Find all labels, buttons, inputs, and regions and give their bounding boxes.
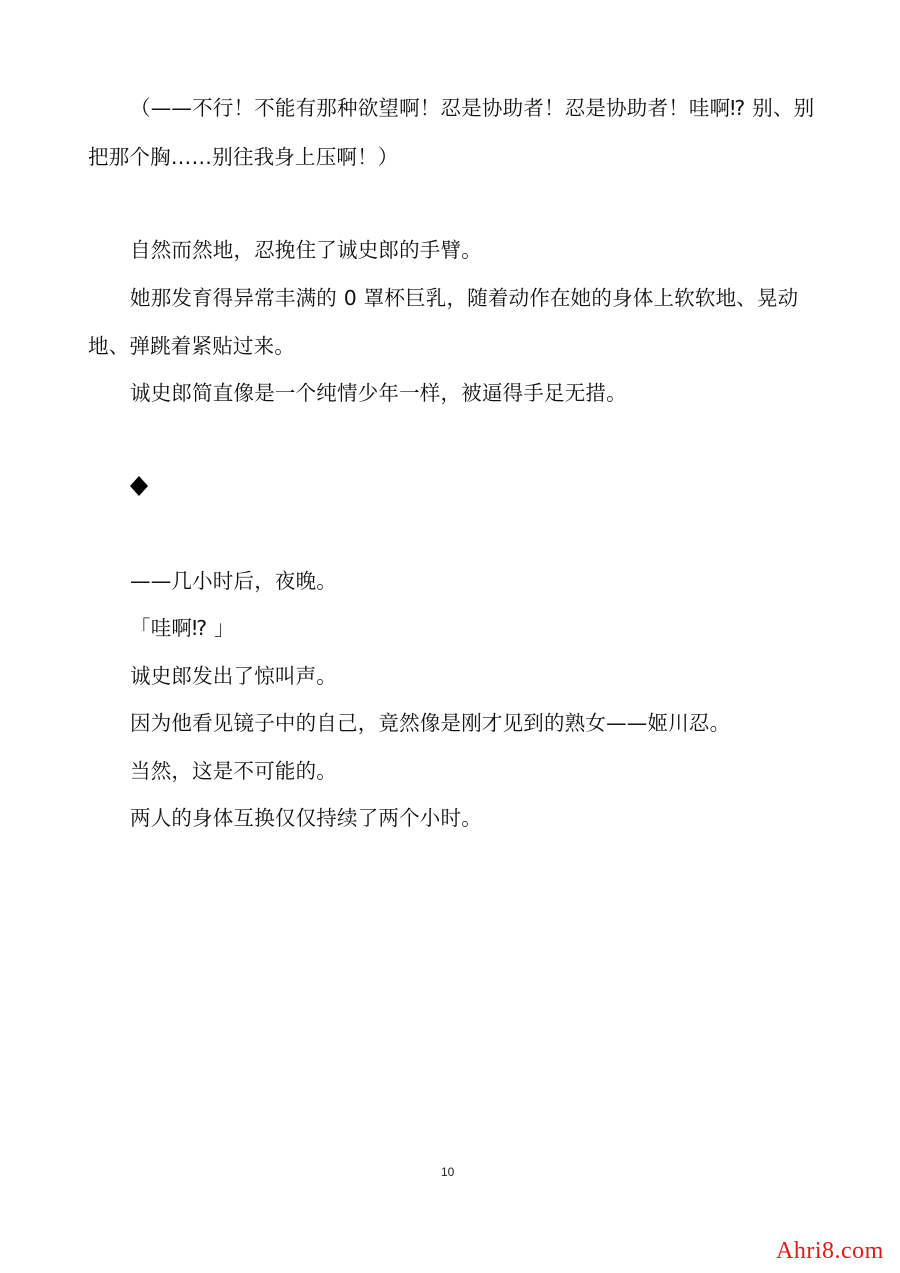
document-page: （——不行！不能有那种欲望啊！忍是协助者！忍是协助者！哇啊⁉ 别、别 把那个胸…… (0, 0, 900, 1273)
diamond-icon (128, 475, 150, 497)
paragraph-10: 两人的身体互换仅仅持续了两个小时。 (130, 804, 482, 832)
paragraph-3-line-1: 她那发育得异常丰满的 0 罩杯巨乳，随着动作在她的身体上软软地、晃动 (130, 284, 798, 312)
paragraph-6: 「哇啊⁉ 」 (130, 614, 235, 642)
paragraph-2: 自然而然地，忍挽住了诚史郎的手臂。 (130, 236, 482, 264)
watermark: Ahri8.com (776, 1238, 884, 1265)
paragraph-1-line-2: 把那个胸……别往我身上压啊！） (88, 143, 399, 171)
paragraph-8: 因为他看见镜子中的自己，竟然像是刚才见到的熟女——姬川忍。 (130, 709, 730, 737)
paragraph-3-line-2: 地、弹跳着紧贴过来。 (88, 332, 295, 360)
paragraph-7: 诚史郎发出了惊叫声。 (130, 662, 337, 690)
paragraph-4: 诚史郎简直像是一个纯情少年一样，被逼得手足无措。 (130, 379, 627, 407)
paragraph-1-line-1: （——不行！不能有那种欲望啊！忍是协助者！忍是协助者！哇啊⁉ 别、别 (130, 94, 814, 122)
paragraph-5: ——几小时后，夜晚。 (130, 567, 337, 595)
paragraph-9: 当然，这是不可能的。 (130, 757, 337, 785)
page-number: 10 (441, 1165, 454, 1179)
